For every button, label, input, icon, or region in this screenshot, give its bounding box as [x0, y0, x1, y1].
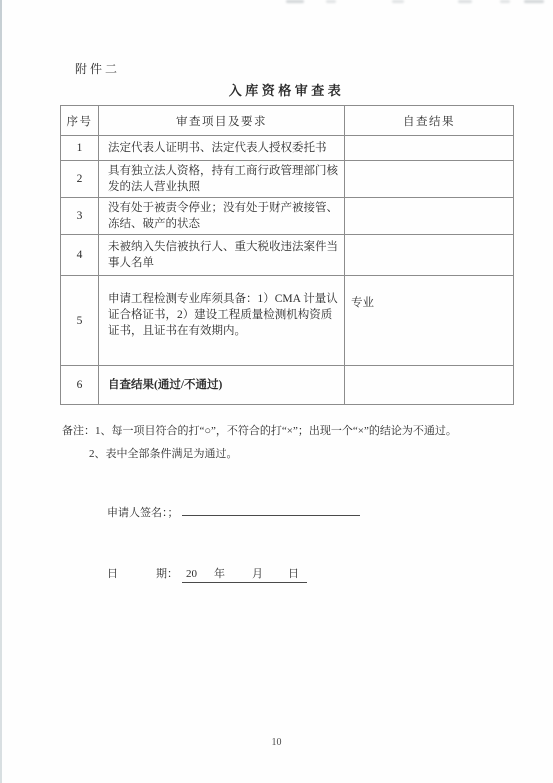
- applicant-signature-row: 申请人签名：；: [107, 503, 360, 520]
- date-year-label: 年: [214, 565, 225, 581]
- date-blank-line: 20年月日: [182, 565, 307, 583]
- header-result: 自查结果: [345, 106, 514, 136]
- page-number: 10: [0, 737, 553, 748]
- scan-artifact: [286, 0, 304, 3]
- signature-label: 申请人签名：；: [107, 507, 179, 519]
- note-1-text: 1、每一项目符合的打“○”，不符合的打“×”；出现一个“×”的结论为不通过。: [95, 425, 457, 437]
- row-result: [345, 235, 514, 276]
- row-no: 3: [61, 198, 99, 235]
- row-item: 具有独立法人资格，持有工商行政管理部门核发的法人营业执照: [99, 161, 345, 198]
- date-label-qi: 期：: [156, 568, 178, 580]
- row-item: 自查结果(通过/不通过): [99, 366, 345, 405]
- row-item: 法定代表人证明书、法定代表人授权委托书: [99, 136, 345, 161]
- row-no: 2: [61, 161, 99, 198]
- table-row: 2 具有独立法人资格，持有工商行政管理部门核发的法人营业执照: [61, 161, 514, 198]
- row-item: 没有处于被责令停业；没有处于财产被接管、冻结、破产的状态: [99, 198, 345, 235]
- page-title: 入库资格审查表: [60, 80, 513, 99]
- scan-artifact: [458, 0, 472, 3]
- date-month-label: 月: [252, 565, 263, 581]
- scan-artifact: [524, 0, 544, 3]
- row-no: 4: [61, 235, 99, 276]
- scan-artifact: [326, 0, 336, 3]
- notes-section: 备注：1、每一项目符合的打“○”，不符合的打“×”；出现一个“×”的结论为不通过…: [62, 423, 522, 469]
- table-row: 4 未被纳入失信被执行人、重大税收违法案件当事人名单: [61, 235, 514, 276]
- qualification-review-table: 序号 审查项目及要求 自查结果 1 法定代表人证明书、法定代表人授权委托书 2 …: [60, 105, 514, 405]
- attachment-label: 附件二: [75, 60, 120, 77]
- row-result: [345, 366, 514, 405]
- row-result: [345, 161, 514, 198]
- row-no: 1: [61, 136, 99, 161]
- date-year-prefix: 20: [186, 568, 197, 580]
- scan-artifact: [500, 0, 510, 3]
- scan-artifact: [392, 0, 404, 3]
- row-result: [345, 198, 514, 235]
- notes-label: 备注：: [62, 425, 95, 437]
- header-item: 审查项目及要求: [99, 106, 345, 136]
- table-row: 5 申请工程检测专业库须具备：1）CMA 计量认证合格证书，2）建设工程质量检测…: [61, 276, 514, 366]
- row-no: 5: [61, 276, 99, 366]
- table-row: 3 没有处于被责令停业；没有处于财产被接管、冻结、破产的状态: [61, 198, 514, 235]
- note-line-2: 2、表中全部条件满足为通过。: [62, 446, 522, 462]
- table-header-row: 序号 审查项目及要求 自查结果: [61, 106, 514, 136]
- date-day-label: 日: [288, 565, 299, 581]
- table-row: 6 自查结果(通过/不通过): [61, 366, 514, 405]
- table-row: 1 法定代表人证明书、法定代表人授权委托书: [61, 136, 514, 161]
- signature-blank-line: [182, 503, 360, 516]
- date-label-ri: 日: [107, 568, 118, 580]
- row-item: 未被纳入失信被执行人、重大税收违法案件当事人名单: [99, 235, 345, 276]
- note-line-1: 备注：1、每一项目符合的打“○”，不符合的打“×”；出现一个“×”的结论为不通过…: [62, 423, 522, 439]
- date-row: 日期：20年月日: [107, 565, 307, 583]
- row-result: [345, 136, 514, 161]
- scan-edge-artifact: [0, 0, 2, 783]
- row-result: 专业: [345, 276, 514, 366]
- row-no: 6: [61, 366, 99, 405]
- header-no: 序号: [61, 106, 99, 136]
- row-item: 申请工程检测专业库须具备：1）CMA 计量认证合格证书，2）建设工程质量检测机构…: [99, 276, 345, 366]
